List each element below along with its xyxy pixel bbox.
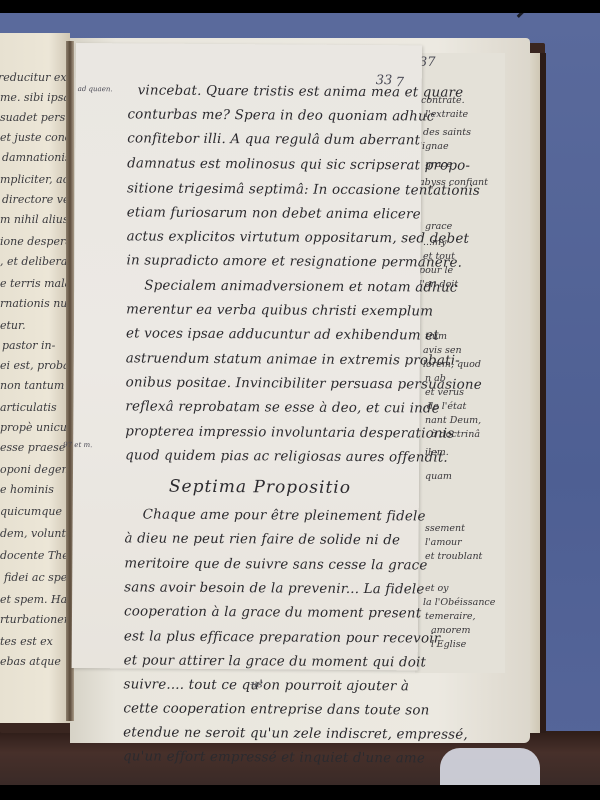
text-line: conturbas me? Spera in deo quoniam adhuc [127,107,434,124]
text-line: suadet persua [0,111,70,124]
text-line: directore ver [2,193,70,206]
text-line: e hominis [0,483,54,496]
text-line: in supradicto amore et resignatione perm… [126,253,462,270]
signature-flourish: ᴕ̶ᴕ [251,677,262,690]
text-line: Chaque ame pour être pleinement fidele [143,507,426,524]
note-line: nant Deum, [425,415,481,426]
text-line: cooperation à la grace du moment present [124,604,421,621]
section-heading: Septima Propositio [169,477,351,498]
text-line: propè unicu [0,421,67,434]
text-line: etiam furiosarum non debet anima elicere [127,205,421,222]
text-line: quod quidem pias ac religiosas aures off… [125,448,448,465]
photograph: 37 contrate. l'extraite des saints ligna… [0,13,600,785]
text-line: mpliciter, ac [0,173,69,186]
text-line: ei est, probatio [0,359,70,372]
text-line: pastor in- [2,339,55,352]
text-line: est la plus efficace preparation pour re… [124,629,441,646]
note-line: et troublant [425,551,482,562]
text-line: à dieu ne peut rien faire de solide ni d… [124,531,400,548]
margin-note: 97 et m. [63,441,92,449]
text-line: propterea impressio involuntaria despera… [125,424,454,441]
text-line: merentur ea verba quibus christi exemplu… [126,302,433,319]
text-line: rnationis nun [0,297,70,310]
margin-note: ad quaen. [78,85,113,93]
note-line: quam [425,471,452,482]
text-line: Specialem animadversionem et notam adhuc [144,278,457,295]
text-line: astruendum statum animae in extremis pro… [126,351,460,368]
text-line: et voces ipsae adducuntur ad exhibendum … [126,326,439,343]
note-line: l'amour [425,537,462,548]
text-line: docente Theolo [0,549,70,562]
text-line: fidei ac spe [4,571,67,584]
note-line: des saints [423,127,471,138]
text-line: rturbationem [0,613,70,626]
note-line: temeraire, [425,611,476,622]
text-line: reducitur ex [0,71,67,84]
text-line: damnatus est molinosus qui sic scripsera… [127,156,470,173]
text-line: etendue ne seroit qu'un zele indiscret, … [123,725,468,742]
white-cloth [440,748,540,785]
text-line: ione desperatio [0,235,70,248]
text-line: esse praesente [0,441,70,454]
text-line: reflexâ reprobatam se esse à deo, et cui… [125,399,439,416]
text-line: suivre.... tout ce qu'on pourroit ajoute… [123,677,409,694]
inserted-manuscript-sheet: 33 7 ad quaen. 97 et m. vincebat. Quare … [72,43,422,670]
text-line: et spem. Ha [0,593,67,606]
text-line: damnationis [2,151,70,164]
text-line: confitebor illi. A qua regulâ dum aberra… [127,131,420,148]
note-line: la l'Obéissance [423,597,495,608]
text-line: ebas atque [0,655,61,668]
text-line: oponi degene [0,463,70,476]
left-page: reducitur ex me. sibi ipsa suadet persua… [0,33,70,723]
text-line: sans avoir besoin de la prevenir... La f… [124,580,424,597]
text-line: dem, voluntar [0,527,70,540]
note-line: grace [425,221,452,232]
note-line: lignae [419,141,449,152]
text-line: m nihil alius [0,213,68,226]
text-line: cette cooperation entreprise dans toute … [123,701,429,718]
note-line: et oy [425,583,449,594]
text-line: e terris mala [0,277,70,290]
text-line: tes est ex [0,635,53,648]
text-line: et juste conde [0,131,70,144]
text-line: quicumque [0,505,62,518]
text-line: et pour attirer la grace du moment qui d… [124,653,426,670]
text-line: articulatis [0,401,57,414]
text-line: sitione trigesimâ septimâ: In occasione … [127,181,480,198]
text-line: me. sibi ipsa [0,91,70,104]
text-line: non tantum [0,379,64,392]
text-line: meritoire que de suivre sans cesse la gr… [124,556,427,573]
text-line: vincebat. Quare tristis est anima mea et… [138,83,464,100]
text-line: etur. [0,319,26,332]
text-line: , et delibera [0,255,67,268]
text-line: actus explicitos virtutum oppositarum, s… [127,229,470,246]
note-line: ssement [425,523,465,534]
text-line: qu'un effort empressé et inquiet d'une a… [123,749,425,766]
text-line: onibus positae. Invincibiliter persuasa … [126,375,482,392]
